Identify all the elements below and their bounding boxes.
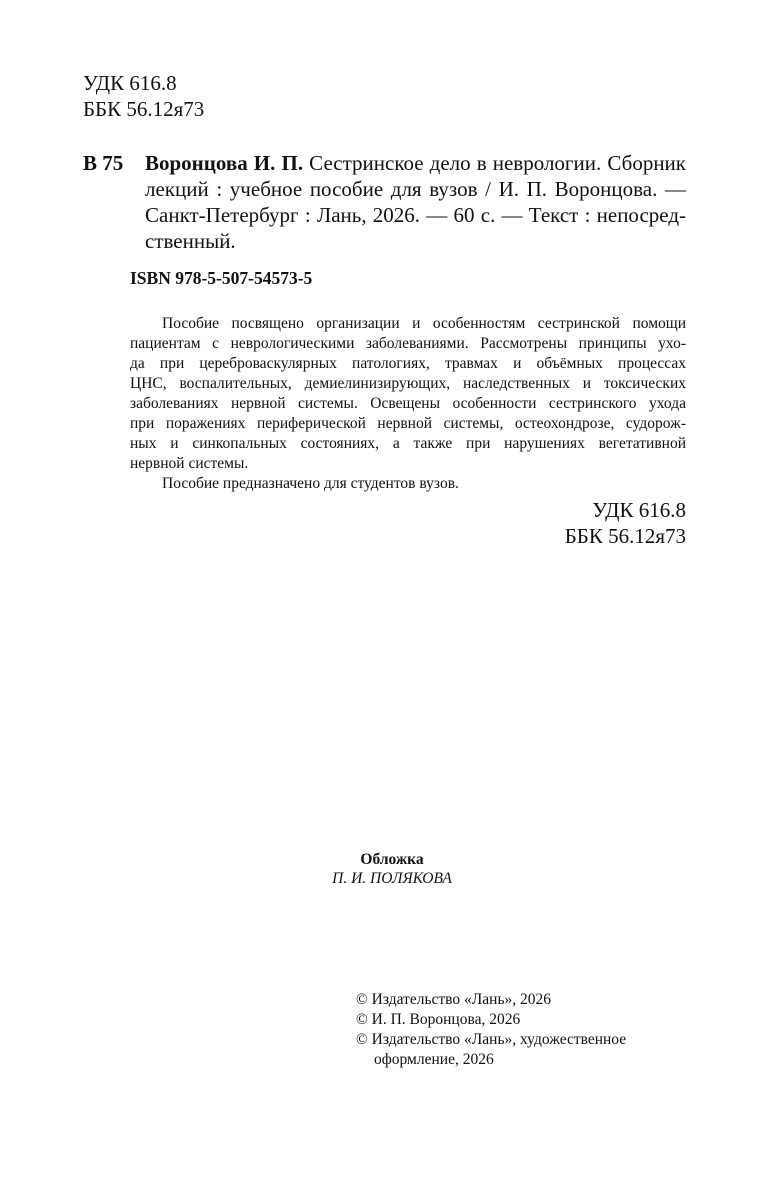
annotation-line: заболеваниях нервной системы. Освещены о… [130, 394, 686, 414]
annotation-line: Пособие посвящено организации и особенно… [130, 314, 686, 334]
copyright-block: © Издательство «Лань», 2026 © И. П. Воро… [356, 990, 626, 1070]
audience-note: Пособие предназначено для студентов вузо… [130, 474, 686, 494]
bibliographic-line: Воронцова И. П. Сестринское дело в невро… [145, 150, 686, 176]
annotation-line: нервной системы. [130, 454, 686, 474]
bibliographic-line: лекций : учебное пособие для вузов / И. … [145, 176, 686, 202]
copyright-line: © И. П. Воронцова, 2026 [356, 1010, 626, 1030]
cover-designer: П. И. ПОЛЯКОВА [300, 869, 484, 888]
cover-label: Обложка [300, 850, 484, 869]
bbk-code: ББК 56.12я73 [83, 96, 204, 122]
copyright-line: © Издательство «Лань», 2026 [356, 990, 626, 1010]
udk-code: УДК 616.8 [83, 70, 204, 96]
udk-code: УДК 616.8 [565, 497, 686, 523]
bbk-code: ББК 56.12я73 [565, 523, 686, 549]
annotation: Пособие посвящено организации и особенно… [130, 314, 686, 494]
copyright-line-continuation: оформление, 2026 [356, 1050, 626, 1070]
author-name: Воронцова И. П. [145, 151, 303, 175]
cover-credit: Обложка П. И. ПОЛЯКОВА [300, 850, 484, 888]
isbn: ISBN 978-5-507-54573-5 [130, 268, 312, 289]
annotation-line: ных и синкопальных состояниях, а также п… [130, 434, 686, 454]
annotation-line: да при цереброваскулярных патологиях, тр… [130, 354, 686, 374]
copyright-line: © Издательство «Лань», художественное [356, 1030, 626, 1050]
author-mark: В 75 [83, 150, 123, 176]
bibliographic-line: ственный. [145, 228, 686, 254]
annotation-line: пациентам с неврологическими заболевания… [130, 334, 686, 354]
bibliographic-description: Воронцова И. П. Сестринское дело в невро… [145, 150, 686, 254]
classification-bottom: УДК 616.8 ББК 56.12я73 [565, 497, 686, 549]
annotation-line: ЦНС, воспалительных, демиелинизирующих, … [130, 374, 686, 394]
annotation-line: при поражениях периферической нервной си… [130, 414, 686, 434]
catalog-entry: В 75 Воронцова И. П. Сестринское дело в … [83, 150, 686, 254]
bibliographic-line: Санкт-Петербург : Лань, 2026. — 60 с. — … [145, 202, 686, 228]
classification-top: УДК 616.8 ББК 56.12я73 [83, 70, 204, 122]
